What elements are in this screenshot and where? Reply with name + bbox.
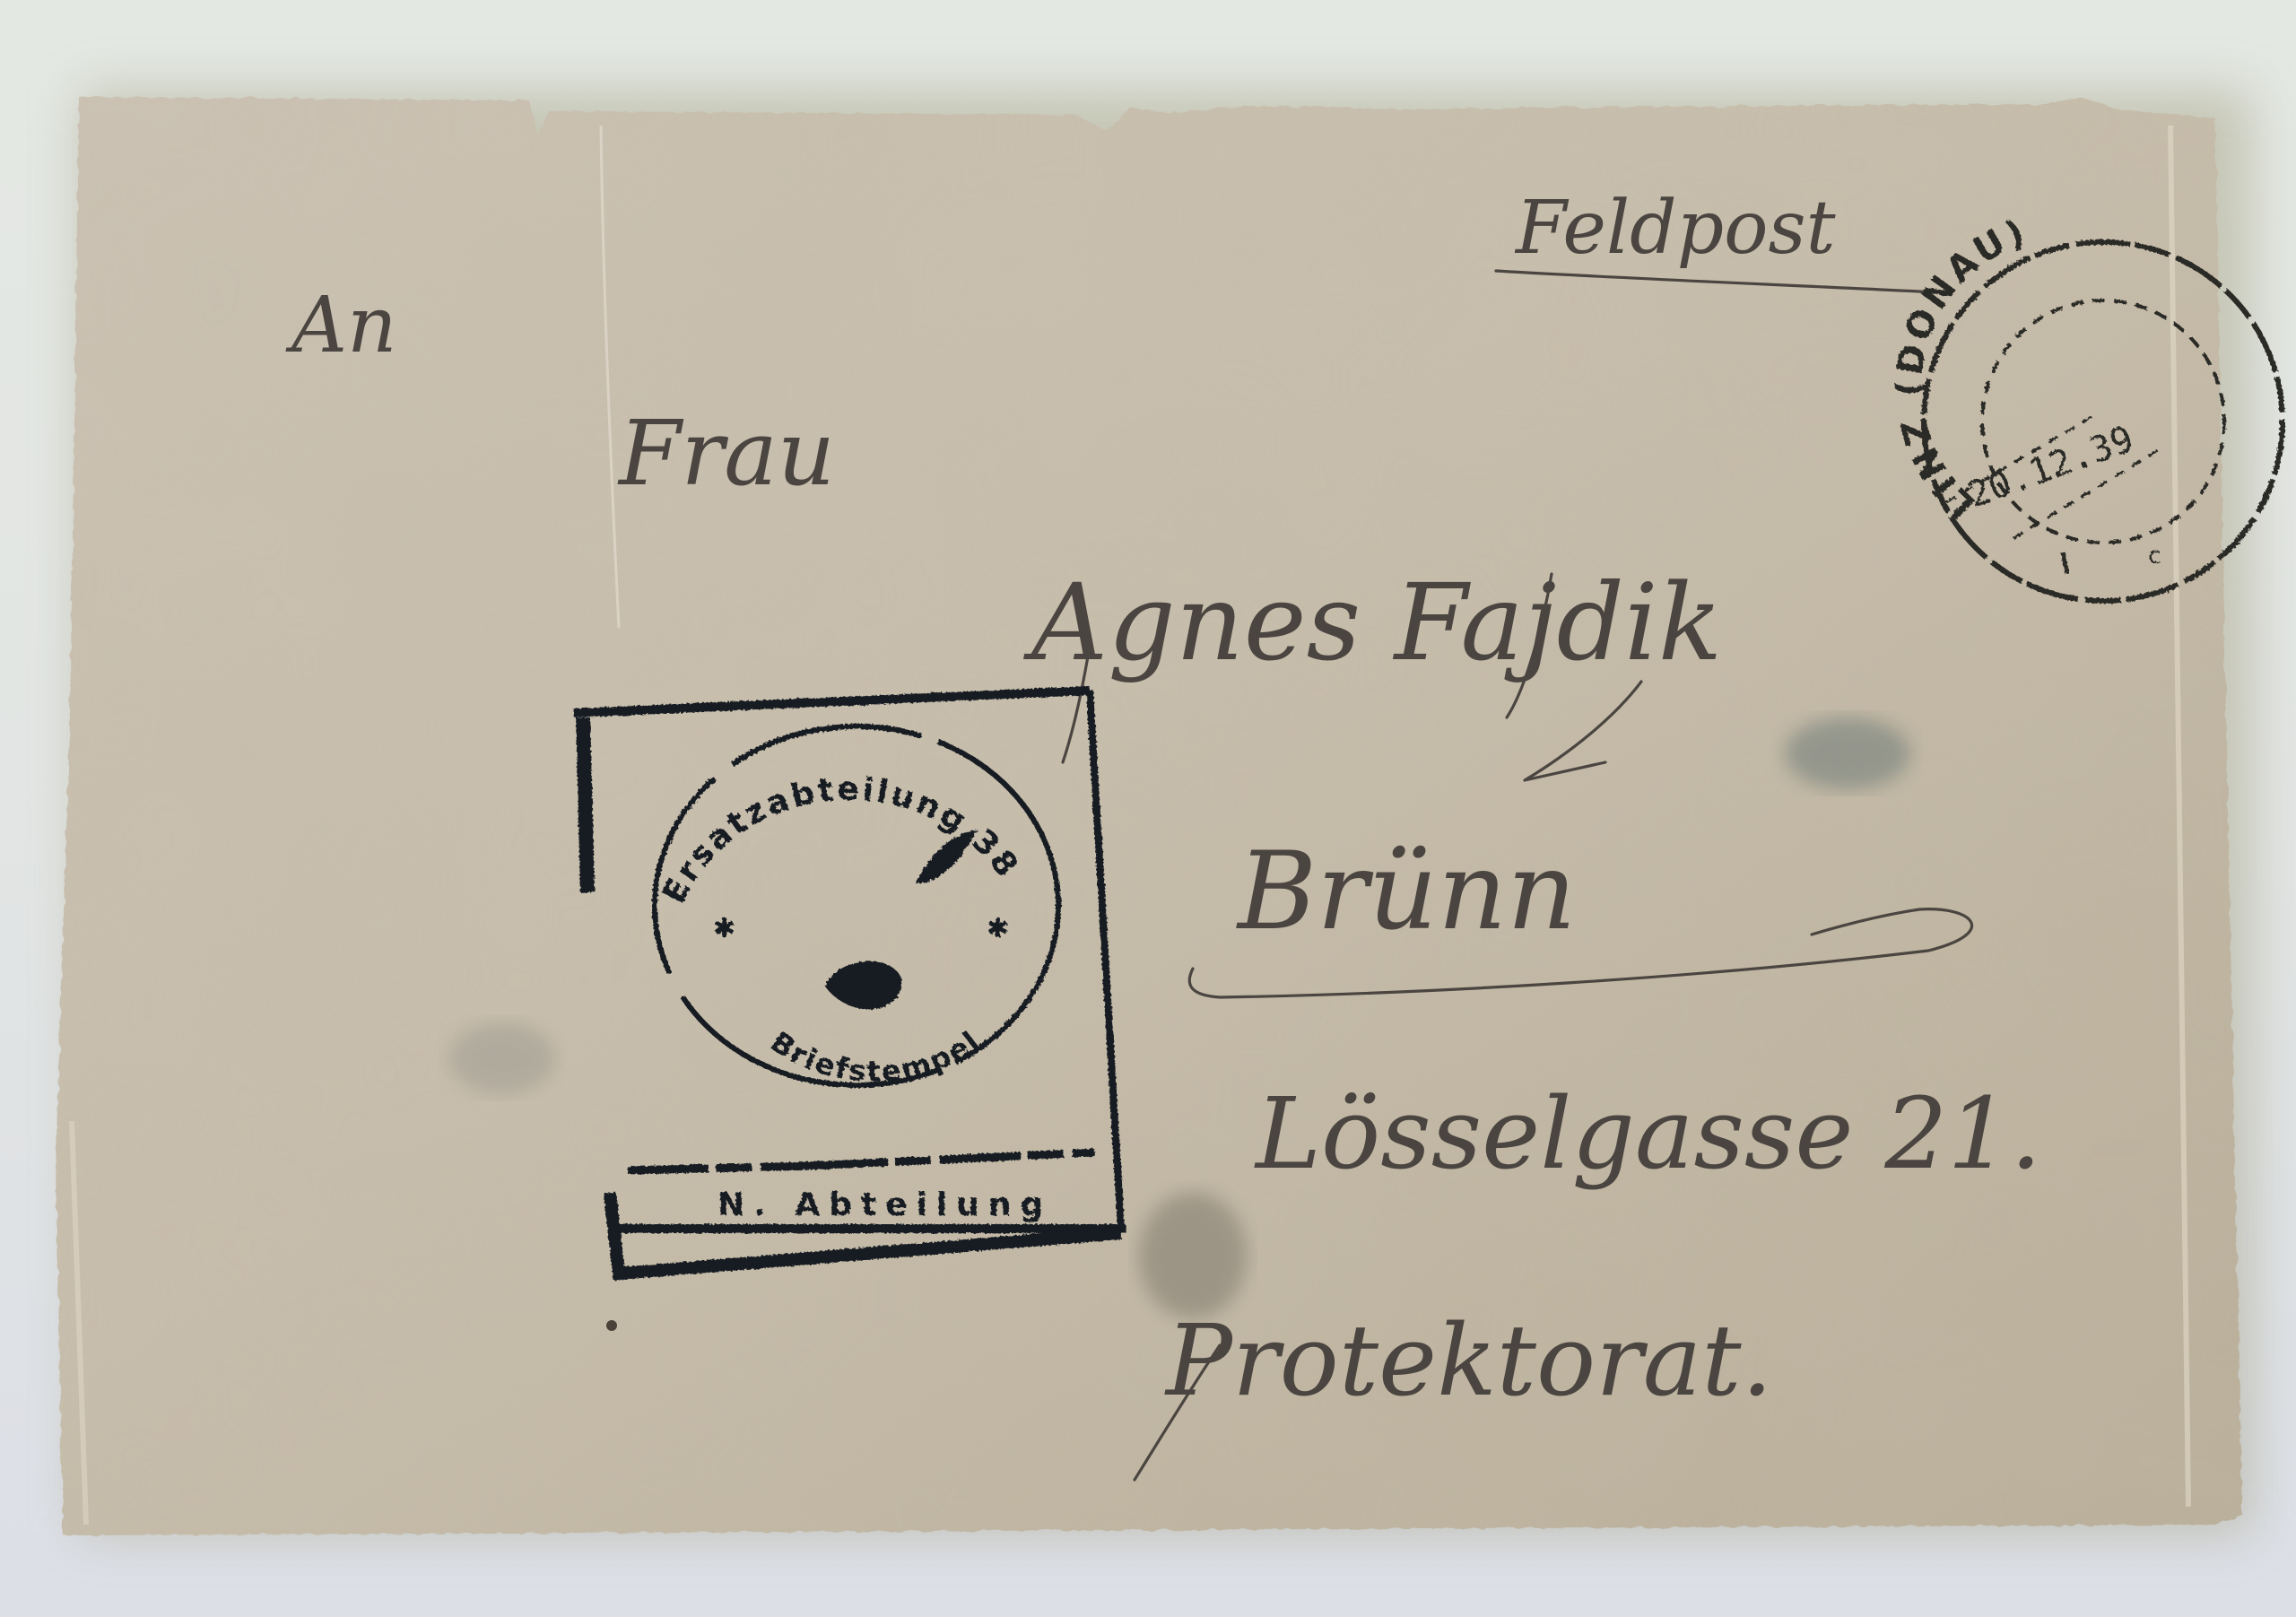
recipient-name: Agnes Fajdik xyxy=(1023,561,1722,684)
envelope-scene: Feldpost An Frau Agnes Fajdik Brünn Löss… xyxy=(0,0,2296,1617)
fingerprint-smudge xyxy=(1139,1193,1247,1318)
postmark-suffix: c xyxy=(2148,543,2161,569)
region-text: Protektorat. xyxy=(1164,1303,1773,1418)
title-text: Frau xyxy=(617,401,835,506)
salutation-text: An xyxy=(285,281,397,370)
ink-smudge xyxy=(1785,717,1910,789)
street-text: Lösselgasse 21. xyxy=(1254,1076,2041,1191)
feldpost-marking: Feldpost xyxy=(1514,186,1837,271)
svg-text:✱: ✱ xyxy=(987,913,1009,944)
city-text: Brünn xyxy=(1236,830,1576,954)
svg-text:✱: ✱ xyxy=(713,913,735,944)
stamp-footer-text: N. Abteilung xyxy=(717,1187,1052,1223)
envelope-photo: Feldpost An Frau Agnes Fajdik Brünn Löss… xyxy=(0,0,2296,1617)
